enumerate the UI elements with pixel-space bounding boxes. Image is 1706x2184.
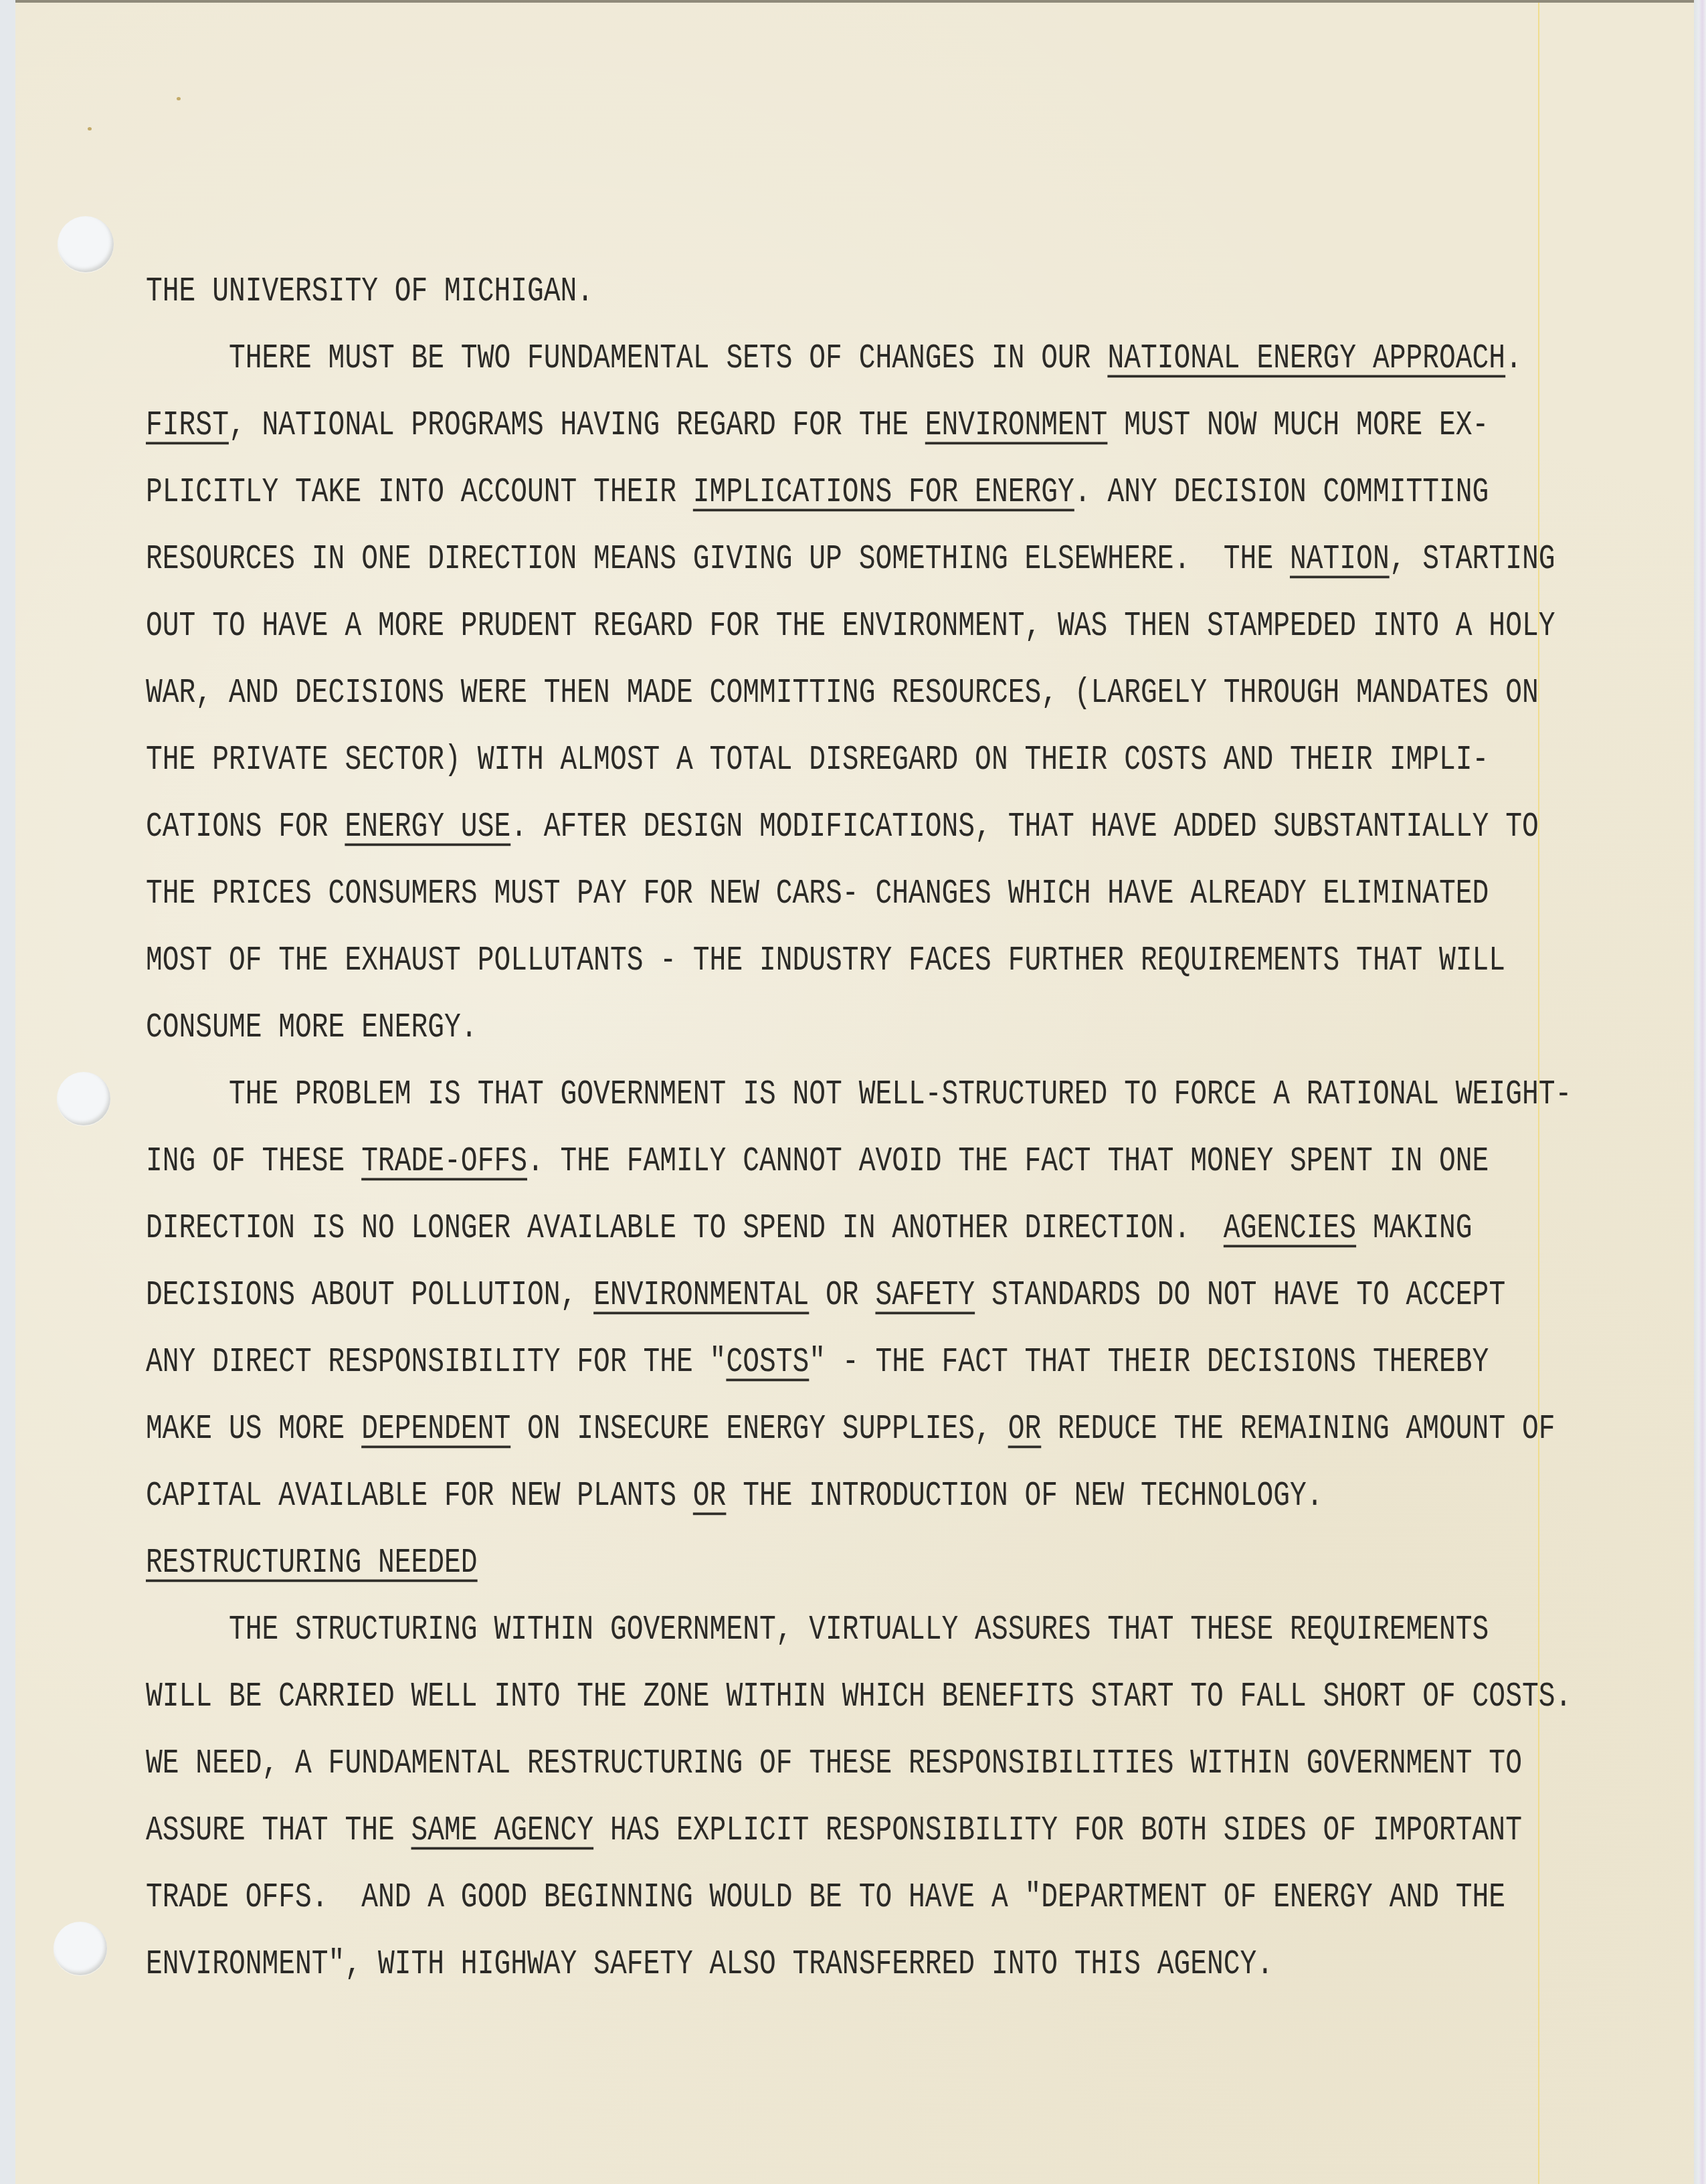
underlined-phrase: OR bbox=[1008, 1410, 1042, 1449]
text-run: HAS EXPLICIT RESPONSIBILITY FOR BOTH SID… bbox=[593, 1812, 1522, 1851]
text-line: ASSURE THAT THE SAME AGENCY HAS EXPLICIT… bbox=[146, 1811, 1522, 1853]
text-run: THE INTRODUCTION OF NEW TECHNOLOGY. bbox=[726, 1477, 1323, 1516]
underlined-phrase: SAME AGENCY bbox=[411, 1812, 594, 1851]
text-run: , STARTING bbox=[1390, 541, 1555, 579]
underlined-phrase: OR bbox=[693, 1477, 727, 1516]
text-run: WILL BE CARRIED WELL INTO THE ZONE WITHI… bbox=[146, 1678, 1572, 1717]
text-line: ENVIRONMENT", WITH HIGHWAY SAFETY ALSO T… bbox=[146, 1944, 1273, 1987]
text-line: THE UNIVERSITY OF MICHIGAN. bbox=[146, 272, 593, 314]
text-line: PLICITLY TAKE INTO ACCOUNT THEIR IMPLICA… bbox=[146, 472, 1489, 515]
text-run: . ANY DECISION COMMITTING bbox=[1074, 474, 1489, 513]
text-run: THE STRUCTURING WITHIN GOVERNMENT, VIRTU… bbox=[146, 1611, 1489, 1650]
text-run: . THE FAMILY CANNOT AVOID THE FACT THAT … bbox=[527, 1143, 1489, 1182]
text-run: REDUCE THE REMAINING AMOUNT OF bbox=[1041, 1410, 1555, 1449]
text-run: MOST OF THE EXHAUST POLLUTANTS - THE IND… bbox=[146, 942, 1505, 981]
underlined-phrase: AGENCIES bbox=[1224, 1210, 1356, 1249]
text-line: WAR, AND DECISIONS WERE THEN MADE COMMIT… bbox=[146, 673, 1539, 715]
text-line: THERE MUST BE TWO FUNDAMENTAL SETS OF CH… bbox=[146, 339, 1522, 381]
binder-hole bbox=[57, 1072, 110, 1125]
text-run: THE PRIVATE SECTOR) WITH ALMOST A TOTAL … bbox=[146, 741, 1489, 780]
text-line: CONSUME MORE ENERGY. bbox=[146, 1008, 478, 1050]
text-run: THE PROBLEM IS THAT GOVERNMENT IS NOT WE… bbox=[146, 1076, 1572, 1115]
text-run: ASSURE THAT THE bbox=[146, 1812, 411, 1851]
text-run: ING OF THESE bbox=[146, 1143, 361, 1182]
text-line: CATIONS FOR ENERGY USE. AFTER DESIGN MOD… bbox=[146, 807, 1539, 849]
text-run: RESOURCES IN ONE DIRECTION MEANS GIVING … bbox=[146, 541, 1290, 579]
text-line: FIRST, NATIONAL PROGRAMS HAVING REGARD F… bbox=[146, 405, 1489, 448]
underlined-phrase: COSTS bbox=[726, 1344, 809, 1382]
text-run: CATIONS FOR bbox=[146, 808, 345, 847]
text-line: MOST OF THE EXHAUST POLLUTANTS - THE IND… bbox=[146, 941, 1505, 983]
underlined-phrase: ENVIRONMENTAL bbox=[593, 1277, 809, 1315]
text-line: THE PROBLEM IS THAT GOVERNMENT IS NOT WE… bbox=[146, 1075, 1572, 1117]
underlined-phrase: ENVIRONMENT bbox=[925, 407, 1108, 446]
text-line: ING OF THESE TRADE-OFFS. THE FAMILY CANN… bbox=[146, 1142, 1489, 1184]
text-run: DIRECTION IS NO LONGER AVAILABLE TO SPEN… bbox=[146, 1210, 1224, 1249]
text-line: DECISIONS ABOUT POLLUTION, ENVIRONMENTAL… bbox=[146, 1275, 1505, 1317]
text-run: , NATIONAL PROGRAMS HAVING REGARD FOR TH… bbox=[229, 407, 925, 446]
underlined-phrase: RESTRUCTURING NEEDED bbox=[146, 1544, 478, 1583]
text-line: THE STRUCTURING WITHIN GOVERNMENT, VIRTU… bbox=[146, 1610, 1489, 1652]
text-line: WILL BE CARRIED WELL INTO THE ZONE WITHI… bbox=[146, 1677, 1572, 1719]
text-run: WAR, AND DECISIONS WERE THEN MADE COMMIT… bbox=[146, 674, 1539, 713]
section-heading: RESTRUCTURING NEEDED bbox=[146, 1543, 478, 1585]
text-line: THE PRIVATE SECTOR) WITH ALMOST A TOTAL … bbox=[146, 740, 1489, 782]
text-line: TRADE OFFS. AND A GOOD BEGINNING WOULD B… bbox=[146, 1878, 1505, 1920]
text-run: THE PRICES CONSUMERS MUST PAY FOR NEW CA… bbox=[146, 875, 1489, 914]
text-run: . bbox=[1505, 340, 1522, 379]
text-run: MAKING bbox=[1356, 1210, 1472, 1249]
underlined-phrase: IMPLICATIONS FOR ENERGY bbox=[693, 474, 1074, 513]
underlined-phrase: SAFETY bbox=[875, 1277, 975, 1315]
text-run: CAPITAL AVAILABLE FOR NEW PLANTS bbox=[146, 1477, 693, 1516]
text-run: THERE MUST BE TWO FUNDAMENTAL SETS OF CH… bbox=[146, 340, 1107, 379]
text-run: DECISIONS ABOUT POLLUTION, bbox=[146, 1277, 593, 1315]
underlined-phrase: NATION bbox=[1290, 541, 1390, 579]
text-run: MUST NOW MUCH MORE EX- bbox=[1107, 407, 1489, 446]
text-line: RESOURCES IN ONE DIRECTION MEANS GIVING … bbox=[146, 539, 1555, 581]
text-run: OR bbox=[809, 1277, 875, 1315]
text-line: MAKE US MORE DEPENDENT ON INSECURE ENERG… bbox=[146, 1409, 1555, 1451]
text-run: . AFTER DESIGN MODIFICATIONS, THAT HAVE … bbox=[510, 808, 1539, 847]
underlined-phrase: ENERGY USE bbox=[345, 808, 510, 847]
text-run: ON INSECURE ENERGY SUPPLIES, bbox=[510, 1410, 1008, 1449]
underlined-phrase: TRADE-OFFS bbox=[361, 1143, 527, 1182]
text-run: ENVIRONMENT", WITH HIGHWAY SAFETY ALSO T… bbox=[146, 1946, 1273, 1985]
text-run: PLICITLY TAKE INTO ACCOUNT THEIR bbox=[146, 474, 693, 513]
binder-hole bbox=[58, 216, 114, 272]
text-run: OUT TO HAVE A MORE PRUDENT REGARD FOR TH… bbox=[146, 608, 1555, 646]
underlined-phrase: NATIONAL ENERGY APPROACH bbox=[1107, 340, 1505, 379]
underlined-phrase: DEPENDENT bbox=[361, 1410, 510, 1449]
text-line: CAPITAL AVAILABLE FOR NEW PLANTS OR THE … bbox=[146, 1476, 1323, 1518]
text-run: CONSUME MORE ENERGY. bbox=[146, 1009, 478, 1048]
paper-speck bbox=[88, 127, 92, 130]
paper-speck bbox=[177, 97, 181, 100]
text-line: DIRECTION IS NO LONGER AVAILABLE TO SPEN… bbox=[146, 1208, 1473, 1251]
text-run: WE NEED, A FUNDAMENTAL RESTRUCTURING OF … bbox=[146, 1745, 1522, 1784]
binder-hole bbox=[54, 1922, 107, 1975]
text-run: TRADE OFFS. AND A GOOD BEGINNING WOULD B… bbox=[146, 1879, 1505, 1918]
text-run: " - THE FACT THAT THEIR DECISIONS THEREB… bbox=[809, 1344, 1489, 1382]
text-run: THE UNIVERSITY OF MICHIGAN. bbox=[146, 273, 593, 312]
text-line: WE NEED, A FUNDAMENTAL RESTRUCTURING OF … bbox=[146, 1744, 1522, 1786]
scanner-bed-edge bbox=[1694, 0, 1706, 2184]
text-run: STANDARDS DO NOT HAVE TO ACCEPT bbox=[975, 1277, 1505, 1315]
text-run: MAKE US MORE bbox=[146, 1410, 361, 1449]
text-line: THE PRICES CONSUMERS MUST PAY FOR NEW CA… bbox=[146, 874, 1489, 916]
text-line: OUT TO HAVE A MORE PRUDENT REGARD FOR TH… bbox=[146, 606, 1555, 648]
underlined-phrase: FIRST bbox=[146, 407, 229, 446]
text-line: ANY DIRECT RESPONSIBILITY FOR THE "COSTS… bbox=[146, 1342, 1489, 1384]
text-run: ANY DIRECT RESPONSIBILITY FOR THE " bbox=[146, 1344, 726, 1382]
